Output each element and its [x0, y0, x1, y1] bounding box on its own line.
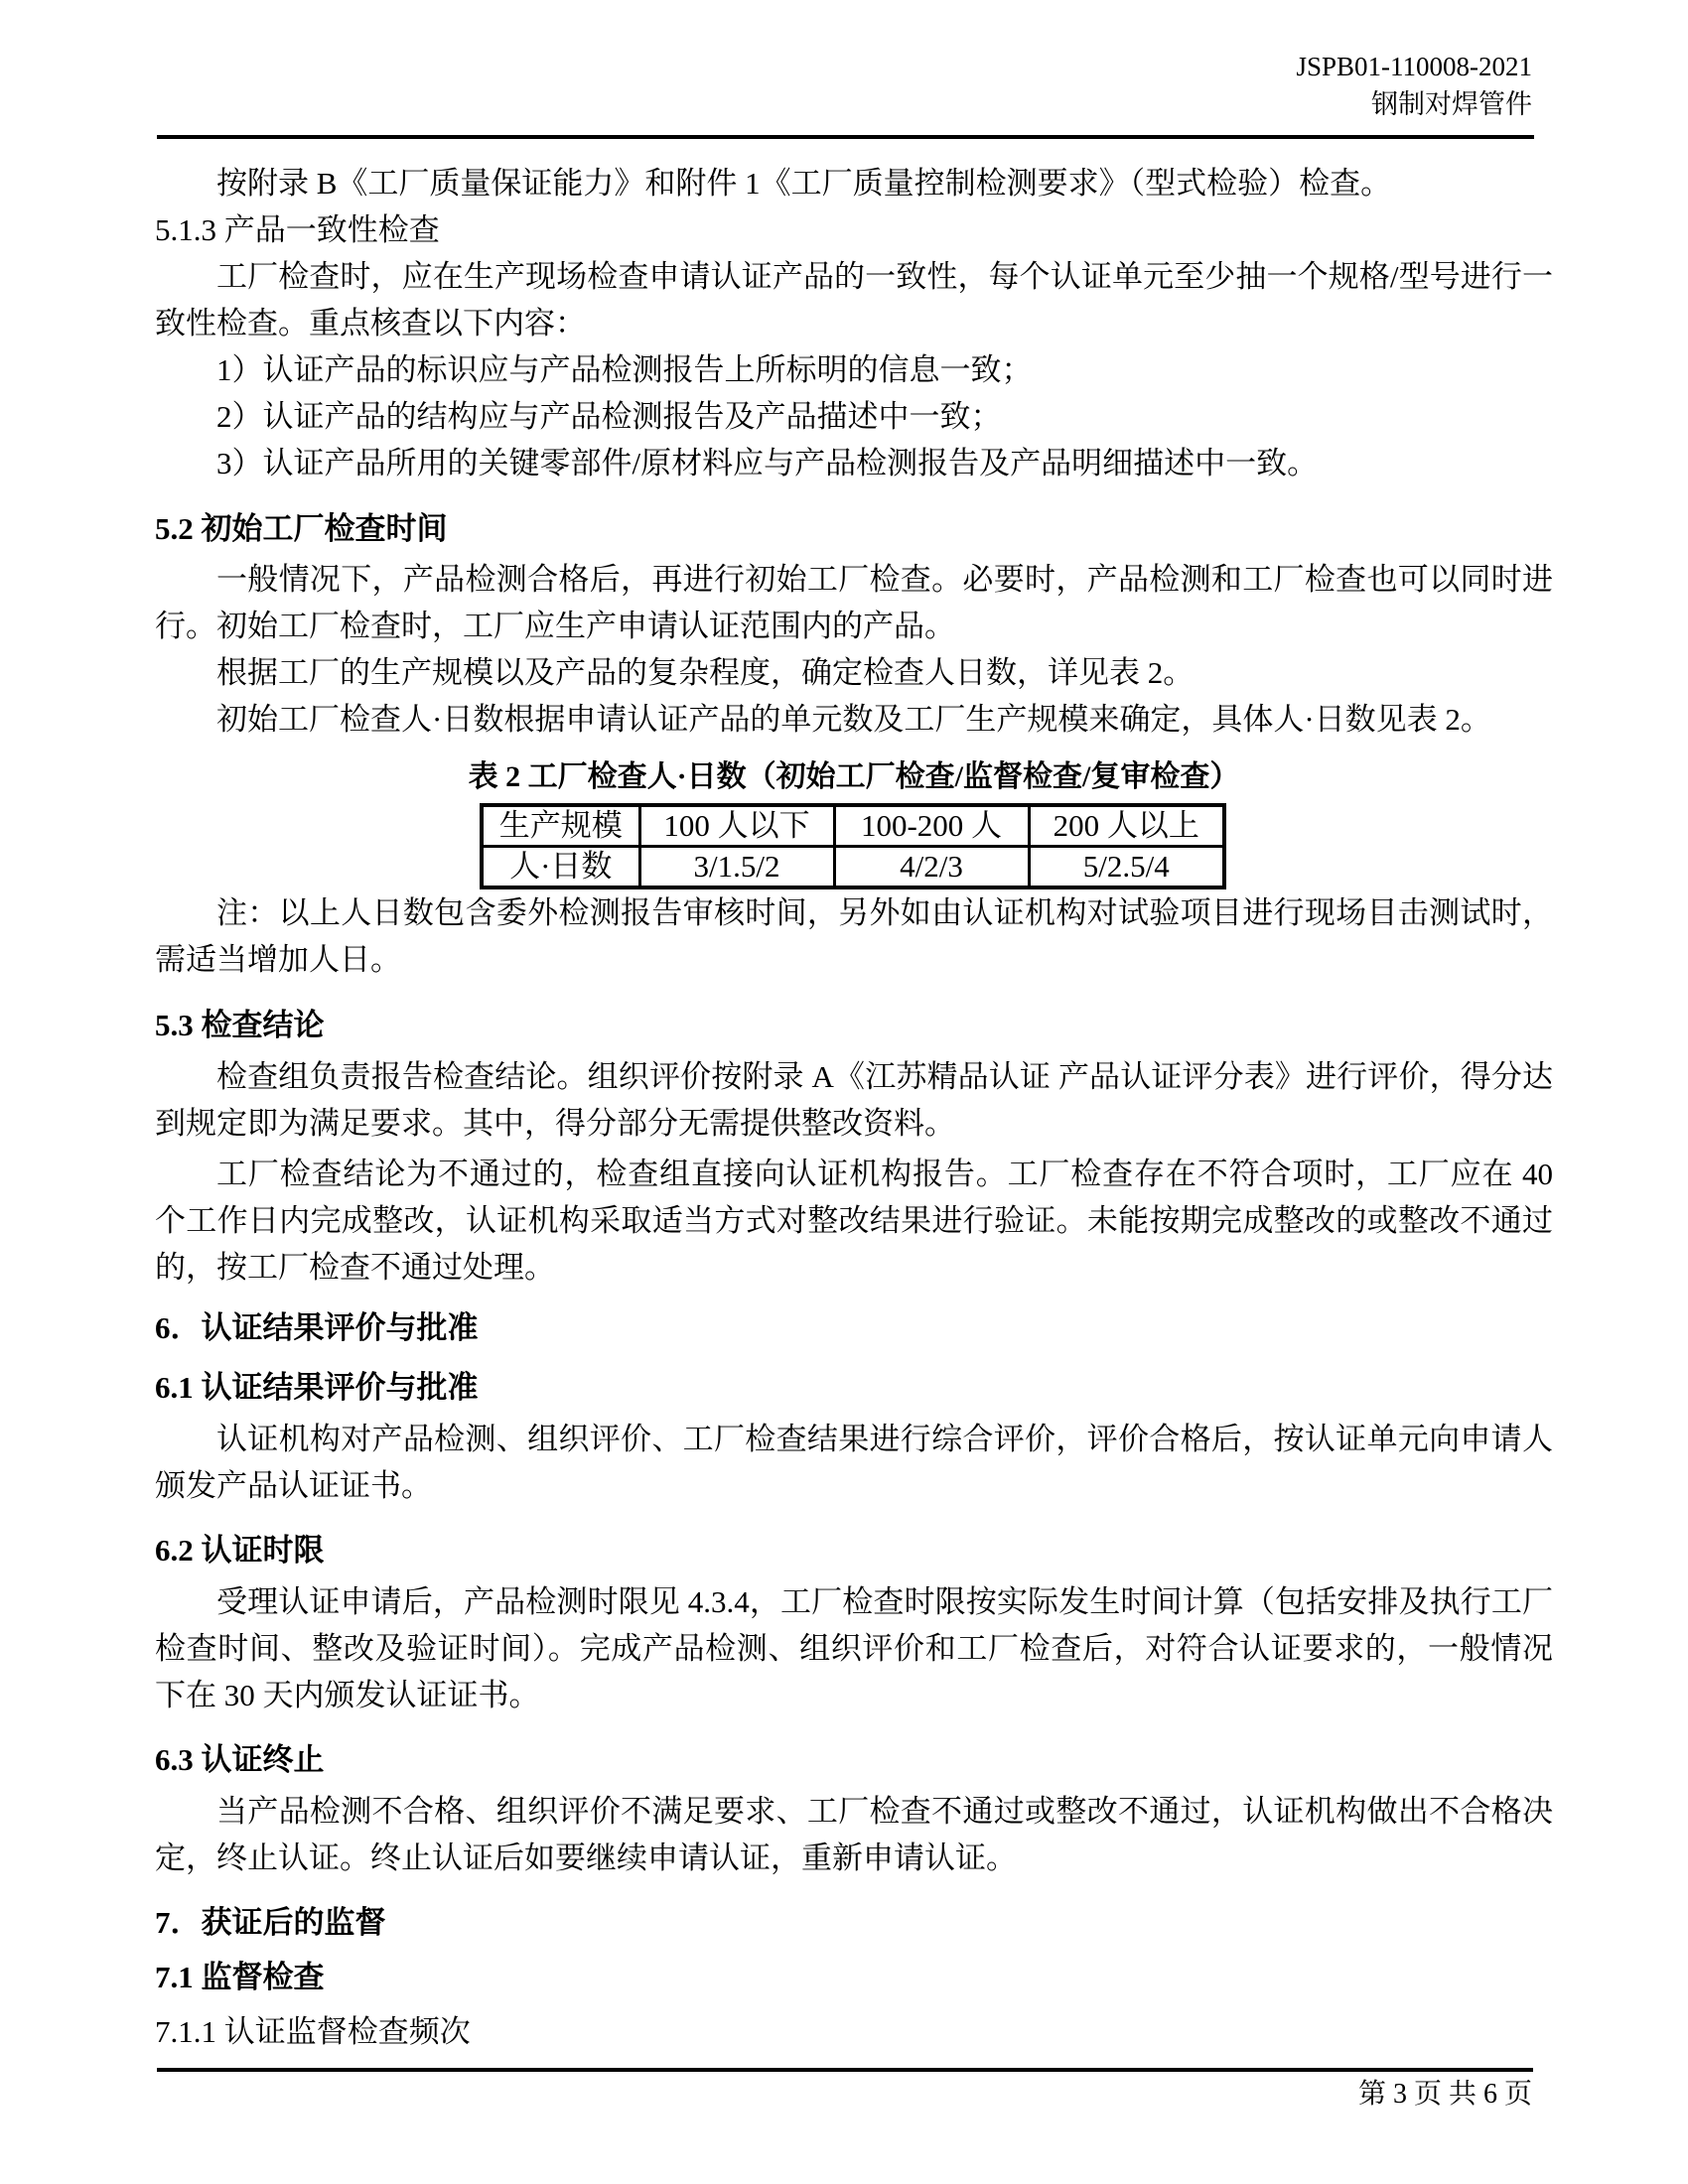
cell-scale-1: 100 人以下	[639, 805, 834, 847]
cell-mandays-2: 4/2/3	[834, 847, 1029, 888]
heading-5-2: 5.2 初始工厂检查时间	[155, 505, 1553, 552]
header-rule	[157, 135, 1534, 139]
list-item-3: 3）认证产品所用的关键零部件/原材料应与产品检测报告及产品明细描述中一致。	[155, 440, 1553, 486]
cell-mandays-1: 3/1.5/2	[639, 847, 834, 888]
table-row-mandays: 人·日数 3/1.5/2 4/2/3 5/2.5/4	[482, 847, 1224, 888]
paragraph-6-3: 当产品检测不合格、组织评价不满足要求、工厂检查不通过或整改不通过，认证机构做出不…	[155, 1788, 1553, 1881]
paragraph-5-1-3: 工厂检查时，应在生产现场检查申请认证产品的一致性，每个认证单元至少抽一个规格/型…	[155, 253, 1553, 346]
list-item-1: 1）认证产品的标识应与产品检测报告上所标明的信息一致；	[155, 346, 1553, 393]
list-item-2: 2）认证产品的结构应与产品检测报告及产品描述中一致；	[155, 393, 1553, 440]
footer-rule	[157, 2068, 1533, 2072]
cell-mandays-3: 5/2.5/4	[1029, 847, 1224, 888]
paragraph-6-1: 认证机构对产品检测、组织评价、工厂检查结果进行综合评价，评价合格后，按认证单元向…	[155, 1416, 1553, 1509]
paragraph-5-3-b: 工厂检查结论为不通过的，检查组直接向认证机构报告。工厂检查存在不符合项时，工厂应…	[155, 1151, 1553, 1291]
heading-6-1: 6.1 认证结果评价与批准	[155, 1364, 1553, 1411]
paragraph-5-2-c: 初始工厂检查人·日数根据申请认证产品的单元数及工厂生产规模来确定，具体人·日数见…	[155, 696, 1553, 743]
paragraph-5-2-a: 一般情况下，产品检测合格后，再进行初始工厂检查。必要时，产品检测和工厂检查也可以…	[155, 556, 1553, 649]
heading-5-3: 5.3 检查结论	[155, 1002, 1553, 1048]
cell-scale-2: 100-200 人	[834, 805, 1029, 847]
paragraph-table-note: 注：以上人日数包含委外检测报告审核时间，另外如由认证机构对试验项目进行现场目击测…	[155, 889, 1553, 983]
heading-7-1-1: 7.1.1 认证监督检查频次	[155, 2008, 1553, 2055]
paragraph-5-3-a: 检查组负责报告检查结论。组织评价按附录 A《江苏精品认证 产品认证评分表》进行评…	[155, 1053, 1553, 1147]
heading-6-3: 6.3 认证终止	[155, 1736, 1553, 1783]
heading-7-1: 7.1 监督检查	[155, 1954, 1553, 2000]
page-header: JSPB01-110008-2021 钢制对焊管件	[0, 0, 1688, 123]
document-body: 按附录 B《工厂质量保证能力》和附件 1《工厂质量控制检测要求》（型式检验）检查…	[0, 160, 1688, 2055]
table-row-header: 生产规模 100 人以下 100-200 人 200 人以上	[482, 805, 1224, 847]
table-caption: 表 2 工厂检查人·日数（初始工厂检查/监督检查/复审检查）	[155, 758, 1553, 796]
paragraph-intro: 按附录 B《工厂质量保证能力》和附件 1《工厂质量控制检测要求》（型式检验）检查…	[155, 160, 1553, 206]
heading-7: 7．获证后的监督	[155, 1899, 1553, 1946]
table-2-inspection-man-days: 生产规模 100 人以下 100-200 人 200 人以上 人·日数 3/1.…	[480, 803, 1226, 889]
heading-6: 6．认证结果评价与批准	[155, 1304, 1553, 1351]
cell-scale-label: 生产规模	[482, 805, 639, 847]
doc-number: JSPB01-110008-2021	[0, 48, 1532, 85]
document-page: JSPB01-110008-2021 钢制对焊管件 按附录 B《工厂质量保证能力…	[0, 0, 1688, 2184]
paragraph-6-2: 受理认证申请后，产品检测时限见 4.3.4，工厂检查时限按实际发生时间计算（包括…	[155, 1578, 1553, 1718]
heading-5-1-3: 5.1.3 产品一致性检查	[155, 206, 1553, 253]
heading-6-2: 6.2 认证时限	[155, 1527, 1553, 1573]
doc-title: 钢制对焊管件	[0, 85, 1532, 123]
paragraph-5-2-b: 根据工厂的生产规模以及产品的复杂程度，确定检查人日数，详见表 2。	[155, 649, 1553, 696]
cell-scale-3: 200 人以上	[1029, 805, 1224, 847]
cell-mandays-label: 人·日数	[482, 847, 639, 888]
page-number: 第 3 页 共 6 页	[1358, 2077, 1532, 2113]
